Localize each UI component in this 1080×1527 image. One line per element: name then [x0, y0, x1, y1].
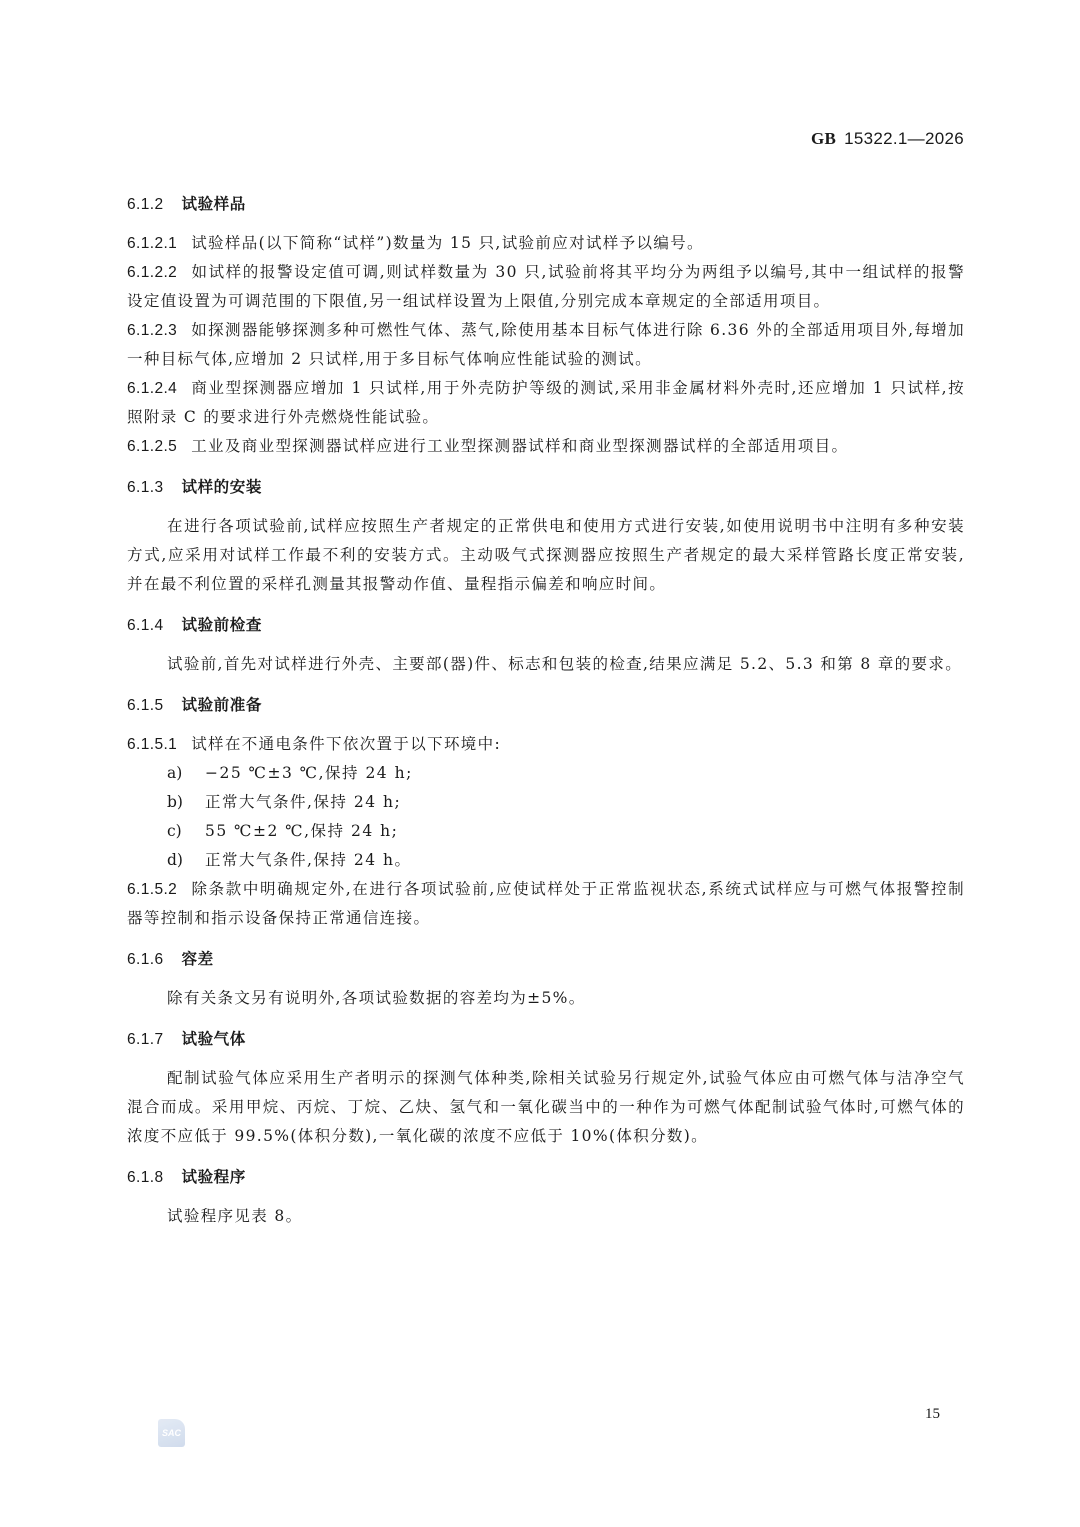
- clause-text: 试验样品(以下简称“试样”)数量为 15 只,试验前应对试样予以编号。: [191, 234, 704, 252]
- clause-number: 6.1.2.1: [127, 235, 177, 252]
- clause-number: 6.1.5.2: [127, 881, 177, 898]
- list-marker: c): [167, 817, 205, 846]
- list-item-d: d)正常大气条件,保持 24 h。: [127, 846, 965, 875]
- list-text: 正常大气条件,保持 24 h。: [205, 851, 412, 869]
- list-item-c: c)55 ℃±2 ℃,保持 24 h;: [127, 817, 965, 846]
- page-number: 15: [925, 1406, 940, 1423]
- clause-6-1-2-1: 6.1.2.1试验样品(以下简称“试样”)数量为 15 只,试验前应对试样予以编…: [127, 229, 965, 258]
- clause-text: 试样在不通电条件下依次置于以下环境中:: [191, 735, 501, 753]
- list-item-a: a)−25 ℃±3 ℃,保持 24 h;: [127, 759, 965, 788]
- standard-code: GB15322.1—2026: [811, 129, 964, 149]
- list-text: 55 ℃±2 ℃,保持 24 h;: [205, 822, 398, 840]
- section-number: 6.1.8: [127, 1169, 163, 1186]
- section-title: 试验程序: [181, 1169, 245, 1186]
- clause-number: 6.1.2.5: [127, 438, 177, 455]
- clause-text: 如探测器能够探测多种可燃性气体、蒸气,除使用基本目标气体进行除 6.36 外的全…: [127, 321, 965, 368]
- list-text: −25 ℃±3 ℃,保持 24 h;: [205, 764, 413, 782]
- paragraph-6-1-4: 试验前,首先对试样进行外壳、主要部(器)件、标志和包装的检查,结果应满足 5.2…: [127, 650, 965, 679]
- list-item-b: b)正常大气条件,保持 24 h;: [127, 788, 965, 817]
- clause-6-1-2-5: 6.1.2.5工业及商业型探测器试样应进行工业型探测器试样和商业型探测器试样的全…: [127, 432, 965, 461]
- section-heading-6-1-8: 6.1.8试验程序: [127, 1164, 965, 1191]
- list-marker: b): [167, 788, 205, 817]
- clause-number: 6.1.2.3: [127, 322, 177, 339]
- clause-text: 商业型探测器应增加 1 只试样,用于外壳防护等级的测试,采用非金属材料外壳时,还…: [127, 379, 965, 426]
- clause-6-1-5-1: 6.1.5.1试样在不通电条件下依次置于以下环境中:: [127, 730, 965, 759]
- paragraph-6-1-7: 配制试验气体应采用生产者明示的探测气体种类,除相关试验另行规定外,试验气体应由可…: [127, 1064, 965, 1151]
- section-number: 6.1.2: [127, 196, 163, 213]
- clause-6-1-2-3: 6.1.2.3如探测器能够探测多种可燃性气体、蒸气,除使用基本目标气体进行除 6…: [127, 316, 965, 374]
- section-heading-6-1-7: 6.1.7试验气体: [127, 1026, 965, 1053]
- clause-text: 除条款中明确规定外,在进行各项试验前,应使试样处于正常监视状态,系统式试样应与可…: [127, 880, 965, 927]
- clause-6-1-2-4: 6.1.2.4商业型探测器应增加 1 只试样,用于外壳防护等级的测试,采用非金属…: [127, 374, 965, 432]
- document-body: 6.1.2试验样品 6.1.2.1试验样品(以下简称“试样”)数量为 15 只,…: [127, 191, 965, 1231]
- section-title: 试验样品: [181, 196, 245, 213]
- section-heading-6-1-2: 6.1.2试验样品: [127, 191, 965, 218]
- paragraph-6-1-6: 除有关条文另有说明外,各项试验数据的容差均为±5%。: [127, 984, 965, 1013]
- section-number: 6.1.4: [127, 617, 163, 634]
- section-number: 6.1.5: [127, 697, 163, 714]
- clause-number: 6.1.5.1: [127, 736, 177, 753]
- sac-logo-icon: SAC: [158, 1419, 185, 1447]
- clause-number: 6.1.2.2: [127, 264, 177, 281]
- clause-6-1-2-2: 6.1.2.2如试样的报警设定值可调,则试样数量为 30 只,试验前将其平均分为…: [127, 258, 965, 316]
- paragraph-6-1-8: 试验程序见表 8。: [127, 1202, 965, 1231]
- section-number: 6.1.6: [127, 951, 163, 968]
- list-marker: a): [167, 759, 205, 788]
- section-heading-6-1-4: 6.1.4试验前检查: [127, 612, 965, 639]
- section-heading-6-1-5: 6.1.5试验前准备: [127, 692, 965, 719]
- section-title: 试验前准备: [181, 697, 262, 714]
- section-title: 试验前检查: [181, 617, 262, 634]
- standard-number: 15322.1—2026: [844, 129, 964, 148]
- section-title: 容差: [181, 951, 213, 968]
- clause-number: 6.1.2.4: [127, 380, 177, 397]
- clause-6-1-5-2: 6.1.5.2除条款中明确规定外,在进行各项试验前,应使试样处于正常监视状态,系…: [127, 875, 965, 933]
- paragraph-6-1-3: 在进行各项试验前,试样应按照生产者规定的正常供电和使用方式进行安装,如使用说明书…: [127, 512, 965, 599]
- section-heading-6-1-3: 6.1.3试样的安装: [127, 474, 965, 501]
- list-marker: d): [167, 846, 205, 875]
- section-number: 6.1.3: [127, 479, 163, 496]
- section-title: 试样的安装: [181, 479, 262, 496]
- list-text: 正常大气条件,保持 24 h;: [205, 793, 401, 811]
- standard-prefix: GB: [811, 129, 836, 148]
- section-number: 6.1.7: [127, 1031, 163, 1048]
- section-heading-6-1-6: 6.1.6容差: [127, 946, 965, 973]
- clause-text: 如试样的报警设定值可调,则试样数量为 30 只,试验前将其平均分为两组予以编号,…: [127, 263, 965, 310]
- section-title: 试验气体: [181, 1031, 245, 1048]
- clause-text: 工业及商业型探测器试样应进行工业型探测器试样和商业型探测器试样的全部适用项目。: [191, 437, 848, 455]
